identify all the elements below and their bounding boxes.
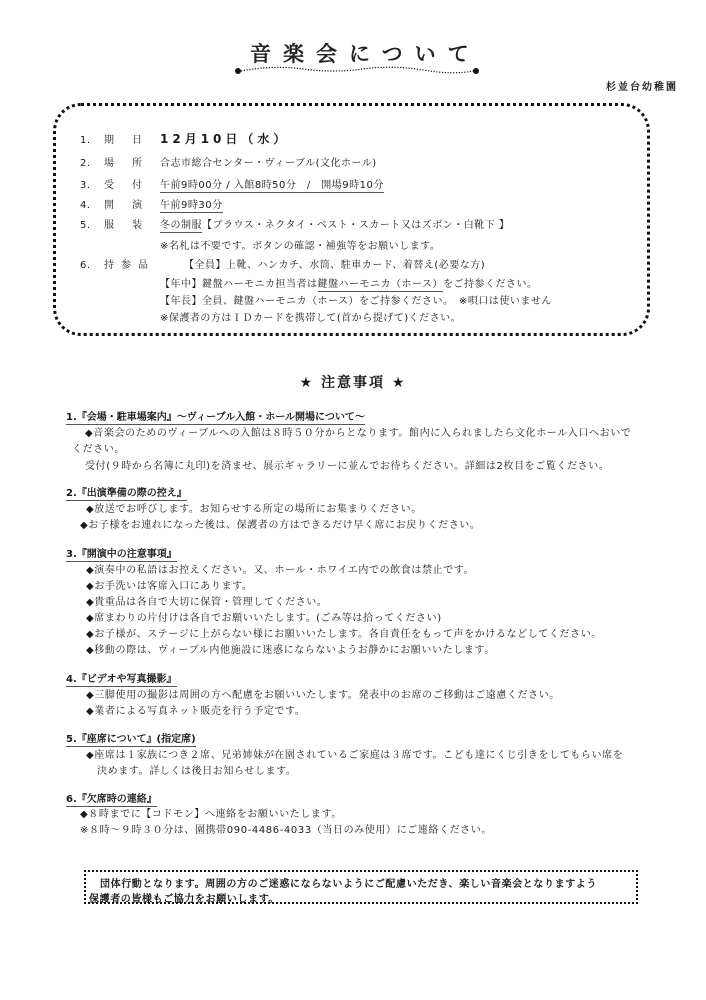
dotted-wave-divider (233, 62, 481, 78)
belongings-nenchu: 【年中】鍵盤ハーモニカ担当者は鍵盤ハーモニカ（ホース）をご持参ください。 (160, 275, 538, 290)
list-item: ◆移動の際は、ヴィーブル内他施設に迷惑にならないようお静かにお願いいたします。 (86, 641, 495, 656)
info-label: 開演 (104, 196, 160, 211)
info-row-belongings: 6.持参品【全員】上靴、ハンカチ、水筒、駐車カード、着替え(必要な方) (80, 256, 485, 271)
notice-heading: ★ 注意事項 ★ (0, 372, 706, 392)
info-row-date: 1.期日12月10日（水） (80, 130, 289, 147)
list-item: ◆三脚使用の撮影は周囲の方へ配慮をお願いいたします。発表中のお席のご移動はご遠慮… (86, 686, 560, 701)
info-label: 期日 (104, 131, 160, 146)
info-row-dress: 5.服装冬の制服【ブラウス・ネクタイ・ベスト・スカート又はズボン・白靴下 】 (80, 216, 509, 233)
event-venue: 合志市総合センター・ヴィーブル(文化ホール) (160, 154, 377, 169)
info-row-venue: 2.場所合志市総合センター・ヴィーブル(文化ホール) (80, 154, 377, 169)
guardian-id-note: ※保護者の方はＩＤカードを携帯して(首から提げて)ください。 (160, 309, 461, 324)
belongings-nencho: 【年長】全員、鍵盤ハーモニカ（ホース）をご持参ください。 ※唄口は使いません (160, 292, 552, 307)
belongings-all: 【全員】上靴、ハンカチ、水筒、駐車カード、着替え(必要な方) (184, 256, 485, 271)
closing-message-line-1: 団体行動となります。周囲の方のご迷惑にならないようにご配慮いただき、楽しい音楽会… (100, 875, 597, 890)
dress-code-main: 冬の制服 (160, 216, 202, 233)
info-label: 場所 (104, 154, 160, 169)
event-date: 12月10日（水） (160, 130, 289, 147)
list-item: ◆放送でお呼びします。お知らせする所定の場所にお集まりください。 (86, 500, 422, 515)
list-item: ◆お子様が、ステージに上がらない様にお願いいたします。各自責任をもって声をかける… (86, 625, 602, 640)
list-item: ◆座席は１家族につき２席、兄弟姉妹が在園されているご家庭は３席です。こども達にく… (86, 746, 623, 761)
list-item: ◆業者による写真ネット販売を行う予定です。 (86, 702, 306, 717)
list-item: ◆席まわりの片付けは各自でお願いいたします。(ごみ等は拾ってください) (86, 609, 442, 624)
list-item: ◆音楽会のためのヴィーブルへの入館は８時５０分からとなります。館内に入られました… (85, 424, 631, 439)
info-row-reception: 3.受付午前9時00分 / 入館8時50分 / 開場9時10分 (80, 176, 384, 193)
list-item: 決めます。詳しくは後日お知らせします。 (97, 762, 297, 777)
closing-message-line-2: 保護者の皆様もご協力をお願いします。 (89, 890, 279, 905)
reception-time: 午前9時00分 / 入館8時50分 / 開場9時10分 (160, 176, 384, 193)
section-heading-seating: 5.『座席について』(指定席) (66, 730, 196, 747)
list-item: ※８時～９時３０分は、園携帯090-4486-4033（当日のみ使用）にご連絡く… (80, 821, 492, 836)
info-label: 受付 (104, 176, 160, 191)
section-heading-venue: 1.『会場・駐車場案内』～ヴィーブル入館・ホール開場について～ (66, 408, 365, 425)
list-item: ◆貴重品は各自で大切に保管・管理してください。 (86, 593, 328, 608)
list-item: ◆お手洗いは客席入口にあります。 (86, 577, 253, 592)
dress-note: ※名札は不要です。ボタンの確認・補強等をお願いします。 (160, 237, 440, 252)
dress-code-detail: 【ブラウス・ネクタイ・ベスト・スカート又はズボン・白靴下 】 (202, 216, 509, 231)
section-heading-video-photo: 4.『ビデオや写真撮影』 (66, 670, 177, 687)
list-item: ください。 (72, 440, 125, 455)
list-item: 受付(９時から名簿に丸印)を済ませ、展示ギャラリーに並んでお待ちください。詳細は… (85, 457, 609, 472)
info-row-start: 4.開演午前9時30分 (80, 196, 223, 213)
list-item: ◆８時までに【コドモン】へ連絡をお願いいたします。 (80, 805, 342, 820)
start-time: 午前9時30分 (160, 196, 223, 213)
organization-name: 杉並台幼稚園 (606, 78, 678, 93)
section-heading-preparation: 2.『出演準備の際の控え』 (66, 484, 187, 501)
list-item: ◆演奏中の私語はお控えください。又、ホール・ホワイエ内での飲食は禁止です。 (86, 561, 474, 576)
section-heading-during-performance: 3.『開演中の注意事項』 (66, 545, 177, 562)
info-label: 服装 (104, 216, 160, 231)
list-item: ◆お子様をお連れになった後は、保護者の方はできるだけ早く席にお戻りください。 (80, 516, 481, 531)
info-label: 持参品 (104, 256, 184, 271)
